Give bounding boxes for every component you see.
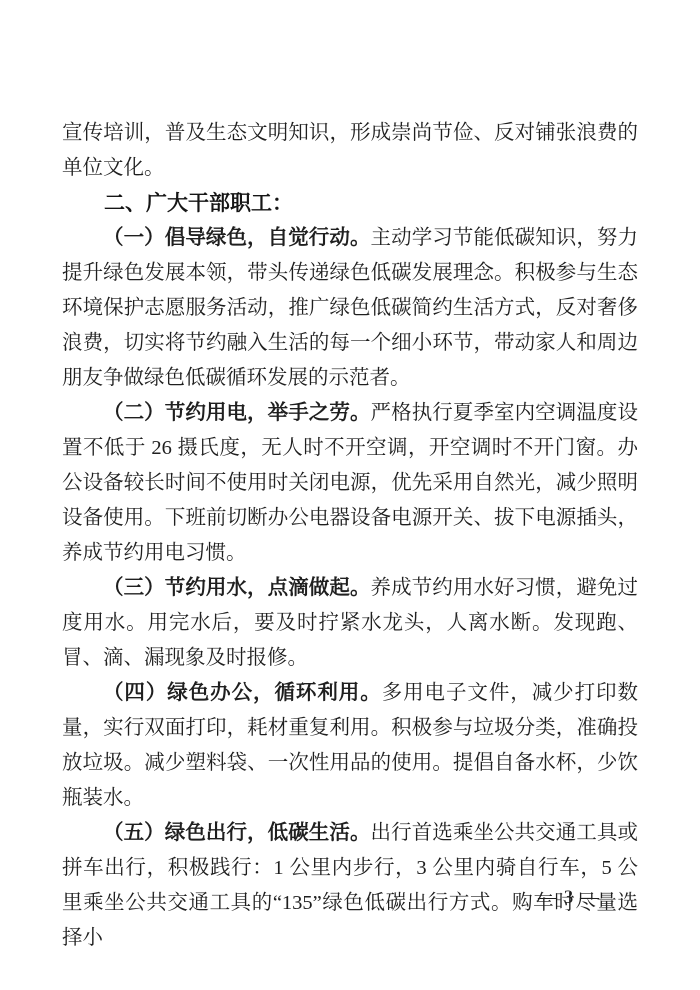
item-3-lead: （三）节约用水，点滴做起。	[103, 577, 371, 599]
page-number: — 3 —	[538, 886, 600, 910]
document-body: 宣传培训，普及生态文明知识，形成崇尚节俭、反对铺张浪费的单位文化。 二、广大干部…	[62, 116, 638, 956]
item-5-lead: （五）绿色出行，低碳生活。	[103, 822, 371, 844]
item-1-body: 主动学习节能低碳知识，努力提升绿色发展本领，带头传递绿色低碳发展理念。积极参与生…	[62, 227, 638, 389]
document-page: 宣传培训，普及生态文明知识，形成崇尚节俭、反对铺张浪费的单位文化。 二、广大干部…	[0, 0, 700, 990]
list-item-4: （四）绿色办公，循环利用。多用电子文件，减少打印数量，实行双面打印，耗材重复利用…	[62, 676, 638, 816]
section-heading: 二、广大干部职工：	[62, 186, 638, 221]
list-item-3: （三）节约用水，点滴做起。养成节约用水好习惯，避免过度用水。用完水后，要及时拧紧…	[62, 571, 638, 676]
list-item-2: （二）节约用电，举手之劳。严格执行夏季室内空调温度设置不低于 26 摄氏度，无人…	[62, 396, 638, 571]
item-1-lead: （一）倡导绿色，自觉行动。	[103, 227, 371, 249]
item-4-lead: （四）绿色办公，循环利用。	[103, 682, 382, 704]
list-item-1: （一）倡导绿色，自觉行动。主动学习节能低碳知识，努力提升绿色发展本领，带头传递绿…	[62, 221, 638, 396]
paragraph-continued: 宣传培训，普及生态文明知识，形成崇尚节俭、反对铺张浪费的单位文化。	[62, 116, 638, 186]
item-2-lead: （二）节约用电，举手之劳。	[103, 402, 371, 424]
item-2-body: 严格执行夏季室内空调温度设置不低于 26 摄氏度，无人时不开空调，开空调时不开门…	[62, 402, 638, 564]
